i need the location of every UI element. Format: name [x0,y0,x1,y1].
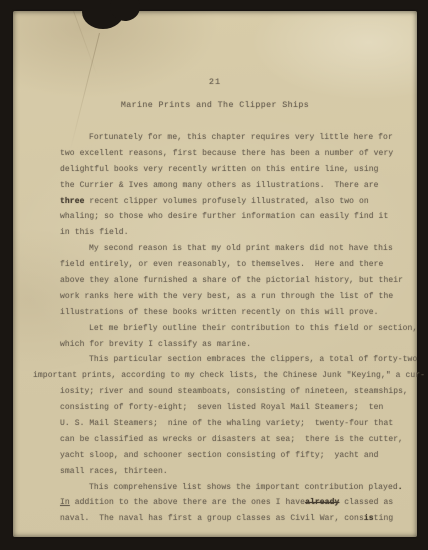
typed-text-segment: yacht sloop, and schooner section consis… [60,451,379,460]
typed-line: above they alone furnished a share of th… [60,273,406,289]
typed-line: small races, thirteen. [60,464,406,480]
typed-text-segment: important prints, according to my check … [33,371,425,380]
typed-line: which for brevity I classify as marine. [60,337,406,353]
typed-text-segment: My second reason is that my old print ma… [89,244,393,253]
typed-line: Fortunately for me, this chapter require… [60,130,406,146]
typed-text-segment: which for brevity I classify as marine. [60,340,251,349]
typed-line: iosity; river and sound steamboats, cons… [60,384,406,400]
typed-text-segment: can be classified as wrecks or disasters… [60,435,403,444]
typed-text-segment: . [398,483,403,492]
typed-line: consisting of forty-eight; seven listed … [60,400,406,416]
typed-line: yacht sloop, and schooner section consis… [60,448,406,464]
typed-line: two excellent reasons, first because the… [60,146,406,162]
typed-text-segment: iosity; river and sound steamboats, cons… [60,387,408,396]
typed-line: Let me briefly outline their contributio… [60,321,406,337]
typed-text-segment: In [60,498,70,507]
typed-text-segment: This comprehensive list shows the import… [89,483,398,492]
typed-line: field entirely, or even reasonably, to t… [60,257,406,273]
typed-line: in this field. [60,225,406,241]
typed-line: In addition to the above there are the o… [60,495,406,511]
typed-text-segment: is [364,514,374,523]
typed-text-segment: whaling; so those who desire further inf… [60,212,388,221]
typed-line: work ranks here with the very best, as a… [60,289,406,305]
typed-text-segment: U. S. Mail Steamers; nine of the whaling… [60,419,393,428]
typed-line: U. S. Mail Steamers; nine of the whaling… [60,416,406,432]
typed-text-segment: two excellent reasons, first because the… [60,149,393,158]
typed-text-segment: Let me briefly outline their contributio… [89,324,417,333]
typed-text-segment: Fortunately for me, this chapter require… [89,133,393,142]
typed-line: This comprehensive list shows the import… [60,480,406,496]
typed-text-segment: delightful books very recently written o… [60,165,379,174]
typed-text-segment: ting [374,514,394,523]
struck-out-word: already [305,498,339,507]
typed-line: My second reason is that my old print ma… [60,241,406,257]
typed-text-segment: work ranks here with the very best, as a… [60,292,393,301]
typed-text-segment: recent clipper volumes profusely illustr… [85,197,369,206]
typed-line: This particular section embraces the cli… [60,352,406,368]
typed-text-segment: field entirely, or even reasonably, to t… [60,260,383,269]
typed-line: naval. The naval has first a group class… [60,511,406,527]
typed-line: delightful books very recently written o… [60,162,406,178]
typed-text-segment: This particular section embraces the cli… [89,355,417,364]
typed-text-segment: above they alone furnished a share of th… [60,276,403,285]
typed-line: illustrations of these books written rec… [60,305,406,321]
typed-line: three recent clipper volumes profusely i… [60,194,406,210]
typed-text-segment: three [60,197,85,206]
manuscript-page: 21 Marine Prints and The Clipper Ships F… [13,11,417,537]
typed-line: important prints, according to my check … [33,368,406,384]
typed-text-segment: classed as [339,498,393,507]
typed-line: can be classified as wrecks or disasters… [60,432,406,448]
typed-text-segment: the Currier & Ives among many others as … [60,181,379,190]
typed-text-segment: addition to the above there are the ones… [70,498,305,507]
typed-text-segment: small races, thirteen. [60,467,168,476]
typed-text-segment: illustrations of these books written rec… [60,308,379,317]
typed-line: the Currier & Ives among many others as … [60,178,406,194]
typed-text-segment: naval. The naval has first a group class… [60,514,364,523]
page-title: Marine Prints and The Clipper Ships [13,101,417,110]
typed-text-segment: in this field. [60,228,129,237]
scanned-document-screenshot: { "colors": { "background": "#1a1612", "… [0,0,428,550]
typed-body-text: Fortunately for me, this chapter require… [60,130,406,527]
typed-line: whaling; so those who desire further inf… [60,209,406,225]
page-number: 21 [13,77,417,87]
typed-text-segment: consisting of forty-eight; seven listed … [60,403,383,412]
